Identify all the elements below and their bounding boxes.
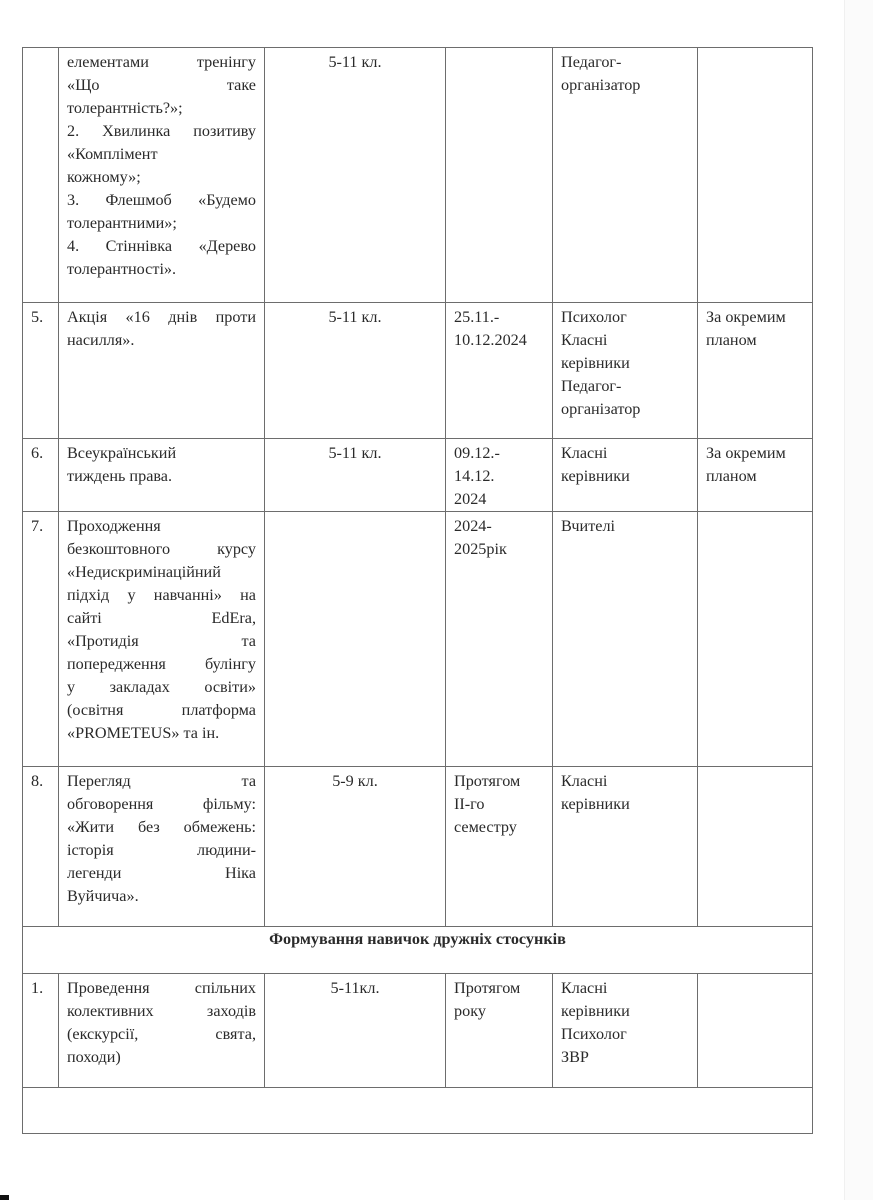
notes: [698, 48, 813, 303]
activity-plan-table: елементами тренінгу«Що такетолерантність…: [22, 47, 813, 1134]
event-text-line: Перегляд та: [67, 770, 256, 793]
responsible-line: керівники: [561, 793, 689, 816]
responsible-persons: Класнікерівники: [553, 439, 698, 512]
date-line: року: [454, 1000, 544, 1023]
notes: За окремимпланом: [698, 303, 813, 439]
event-text-line: сайті EdEra,: [67, 607, 256, 630]
responsible-line: Психолог: [561, 1023, 689, 1046]
event-text-line: Акція «16 днів проти: [67, 306, 256, 329]
event-text-line: «Недискримінаційний: [67, 561, 256, 584]
event-description: Проходженнябезкоштовного курсу«Недискрим…: [59, 512, 265, 767]
date-line: 09.12.-: [454, 442, 544, 465]
event-text-line: тиждень права.: [67, 465, 256, 488]
date-line: 2025рік: [454, 538, 544, 561]
date-line: 10.12.2024: [454, 329, 544, 352]
responsible-persons: ПсихологКласнікерівникиПедагог-організат…: [553, 303, 698, 439]
responsible-line: Педагог-: [561, 375, 689, 398]
event-text-line: 3. Флешмоб «Будемо: [67, 189, 256, 212]
event-text-line: підхід у навчанні» на: [67, 584, 256, 607]
responsible-line: Педагог-: [561, 51, 689, 74]
event-text-line: кожному»;: [67, 166, 256, 189]
event-text-line: толерантними»;: [67, 212, 256, 235]
event-text-line: Всеукраїнський: [67, 442, 256, 465]
row-number: 1.: [23, 974, 59, 1088]
scan-page-edge: [844, 0, 873, 1200]
responsible-persons: Вчителі: [553, 512, 698, 767]
table-row: 5.Акція «16 днів протинасилля».5-11 кл.2…: [23, 303, 813, 439]
responsible-line: Класні: [561, 329, 689, 352]
event-text-line: насилля».: [67, 329, 256, 352]
event-text-line: Проходження: [67, 515, 256, 538]
row-number: 7.: [23, 512, 59, 767]
responsible-line: керівники: [561, 1000, 689, 1023]
date-line: 2024-: [454, 515, 544, 538]
notes: [698, 767, 813, 927]
row-number: [23, 48, 59, 303]
event-text-line: «Що таке: [67, 74, 256, 97]
responsible-line: керівники: [561, 352, 689, 375]
event-dates: Протягомроку: [446, 974, 553, 1088]
event-dates: 25.11.-10.12.2024: [446, 303, 553, 439]
event-text-line: безкоштовного курсу: [67, 538, 256, 561]
table-row: 7.Проходженнябезкоштовного курсу«Недискр…: [23, 512, 813, 767]
target-classes: 5-11 кл.: [265, 439, 446, 512]
event-description: Акція «16 днів протинасилля».: [59, 303, 265, 439]
responsible-line: Класні: [561, 770, 689, 793]
event-description: Перегляд таобговорення фільму:«Жити без …: [59, 767, 265, 927]
date-line: 14.12.: [454, 465, 544, 488]
note-line: За окремим: [706, 306, 804, 329]
date-line: ІІ-го: [454, 793, 544, 816]
event-dates: 09.12.-14.12.2024: [446, 439, 553, 512]
event-dates: ПротягомІІ-госеместру: [446, 767, 553, 927]
event-text-line: елементами тренінгу: [67, 51, 256, 74]
event-text-line: Вуйчича».: [67, 885, 256, 908]
empty-row: [23, 1088, 813, 1134]
section-title: Формування навичок дружніх стосунків: [23, 927, 813, 974]
event-text-line: колективних заходів: [67, 1000, 256, 1023]
event-dates: 2024-2025рік: [446, 512, 553, 767]
responsible-line: Вчителі: [561, 515, 689, 538]
event-text-line: толерантності».: [67, 258, 256, 281]
event-description: Всеукраїнськийтиждень права.: [59, 439, 265, 512]
date-line: Протягом: [454, 977, 544, 1000]
event-dates: [446, 48, 553, 303]
table-row: 6.Всеукраїнськийтиждень права.5-11 кл.09…: [23, 439, 813, 512]
event-text-line: «PROMETEUS» та ін.: [67, 722, 256, 745]
event-text-line: «Жити без обмежень:: [67, 816, 256, 839]
empty-cell: [23, 1088, 813, 1134]
target-classes: 5-9 кл.: [265, 767, 446, 927]
responsible-persons: Педагог-організатор: [553, 48, 698, 303]
responsible-line: ЗВР: [561, 1046, 689, 1069]
date-line: семестру: [454, 816, 544, 839]
date-line: 25.11.-: [454, 306, 544, 329]
notes: [698, 512, 813, 767]
responsible-line: організатор: [561, 398, 689, 421]
responsible-line: Класні: [561, 442, 689, 465]
responsible-line: організатор: [561, 74, 689, 97]
event-text-line: толерантність?»;: [67, 97, 256, 120]
event-text-line: у закладах освіти»: [67, 676, 256, 699]
event-text-line: 2. Хвилинка позитиву: [67, 120, 256, 143]
responsible-line: Психолог: [561, 306, 689, 329]
event-text-line: обговорення фільму:: [67, 793, 256, 816]
notes: [698, 974, 813, 1088]
target-classes: 5-11 кл.: [265, 48, 446, 303]
note-line: планом: [706, 329, 804, 352]
responsible-persons: Класнікерівники: [553, 767, 698, 927]
row-number: 6.: [23, 439, 59, 512]
date-line: 2024: [454, 488, 544, 511]
event-text-line: походи): [67, 1046, 256, 1069]
table-body: елементами тренінгу«Що такетолерантність…: [23, 48, 813, 1134]
section-header-row: Формування навичок дружніх стосунків: [23, 927, 813, 974]
event-text-line: історія людини-: [67, 839, 256, 862]
table-row: елементами тренінгу«Що такетолерантність…: [23, 48, 813, 303]
event-description: Проведення спільнихколективних заходів(е…: [59, 974, 265, 1088]
target-classes: 5-11 кл.: [265, 303, 446, 439]
responsible-line: Класні: [561, 977, 689, 1000]
event-text-line: «Комплімент: [67, 143, 256, 166]
event-text-line: (екскурсії, свята,: [67, 1023, 256, 1046]
scan-corner-mark: [0, 1195, 9, 1200]
responsible-persons: КласнікерівникиПсихологЗВР: [553, 974, 698, 1088]
date-line: Протягом: [454, 770, 544, 793]
row-number: 8.: [23, 767, 59, 927]
event-description: елементами тренінгу«Що такетолерантність…: [59, 48, 265, 303]
event-text-line: 4. Стіннівка «Дерево: [67, 235, 256, 258]
event-text-line: «Протидія та: [67, 630, 256, 653]
event-text-line: легенди Ніка: [67, 862, 256, 885]
target-classes: [265, 512, 446, 767]
note-line: За окремим: [706, 442, 804, 465]
event-text-line: Проведення спільних: [67, 977, 256, 1000]
table-row: 1.Проведення спільнихколективних заходів…: [23, 974, 813, 1088]
note-line: планом: [706, 465, 804, 488]
table-row: 8.Перегляд таобговорення фільму:«Жити бе…: [23, 767, 813, 927]
responsible-line: керівники: [561, 465, 689, 488]
target-classes: 5-11кл.: [265, 974, 446, 1088]
notes: За окремимпланом: [698, 439, 813, 512]
row-number: 5.: [23, 303, 59, 439]
event-text-line: попередження булінгу: [67, 653, 256, 676]
event-text-line: (освітня платформа: [67, 699, 256, 722]
